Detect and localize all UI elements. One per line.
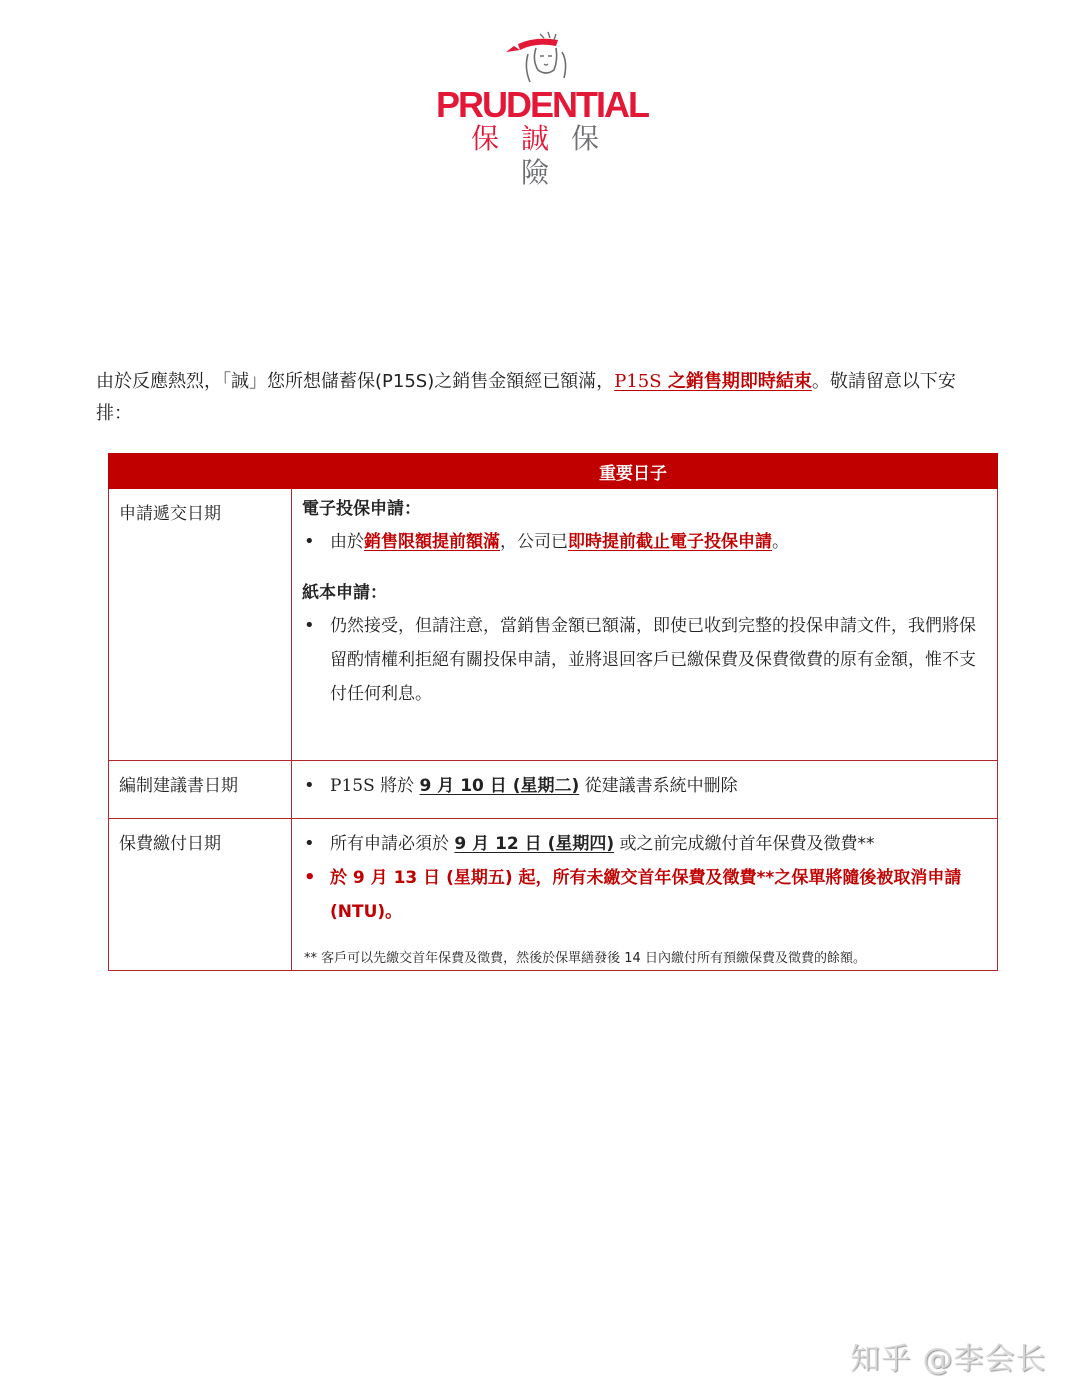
prudential-logo: PRUDENTIAL 保誠保險 — [436, 30, 646, 160]
brand-name-cn: 保誠保險 — [436, 122, 646, 190]
list-item: P15S 將於 9 月 10 日 (星期二) 從建議書系統中刪除 — [330, 769, 977, 803]
row-content: 電子投保申請： 由於銷售限額提前額滿，公司已即時提前截止電子投保申請。 紙本申請… — [292, 489, 998, 761]
list-item: 由於銷售限額提前額滿，公司已即時提前截止電子投保申請。 — [330, 525, 977, 559]
list-item: 仍然接受，但請注意，當銷售金額已額滿，即使已收到完整的投保申請文件，我們將保留酌… — [330, 609, 977, 711]
table-row: 編制建議書日期 P15S 將於 9 月 10 日 (星期二) 從建議書系統中刪除 — [109, 761, 998, 819]
row-label: 保費繳付日期 — [109, 819, 292, 971]
row-content: P15S 將於 9 月 10 日 (星期二) 從建議書系統中刪除 — [292, 761, 998, 819]
table-row: 保費繳付日期 所有申請必須於 9 月 12 日 (星期四) 或之前完成繳付首年保… — [109, 819, 998, 971]
footnote: ** 客戶可以先繳交首年保費及徵費，然後於保單繕發後 14 日內繳付所有預繳保費… — [304, 947, 977, 966]
intro-paragraph: 由於反應熱烈，「誠」您所想儲蓄保(P15S)之銷售金額經已額滿，P15S 之銷售… — [96, 366, 986, 430]
row-content: 所有申請必須於 9 月 12 日 (星期四) 或之前完成繳付首年保費及徵費** … — [292, 819, 998, 971]
list-item: 所有申請必須於 9 月 12 日 (星期四) 或之前完成繳付首年保費及徵費** — [330, 827, 977, 861]
sales-end-notice: P15S 之銷售期即時結束 — [614, 371, 812, 392]
liberty-head-icon — [496, 30, 586, 90]
electronic-application-title: 電子投保申請： — [302, 497, 977, 521]
row-label: 編制建議書日期 — [109, 761, 292, 819]
brand-name-en: PRUDENTIAL — [436, 88, 646, 122]
ntu-warning: 於 9 月 13 日 (星期五) 起，所有未繳交首年保費及徵費**之保單將隨後被… — [330, 861, 977, 929]
important-dates-table: 重要日子 申請遞交日期 電子投保申請： 由於銷售限額提前額滿，公司已即時提前截止… — [108, 453, 998, 971]
paper-application-title: 紙本申請： — [302, 581, 977, 605]
table-header: 重要日子 — [109, 454, 998, 489]
table-row: 申請遞交日期 電子投保申請： 由於銷售限額提前額滿，公司已即時提前截止電子投保申… — [109, 489, 998, 761]
watermark: 知乎 @李会长 — [850, 1334, 1047, 1378]
row-label: 申請遞交日期 — [109, 489, 292, 761]
